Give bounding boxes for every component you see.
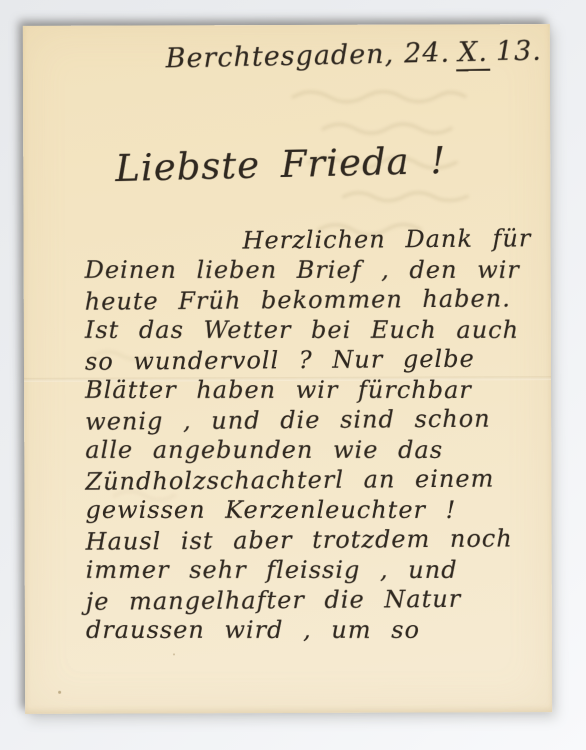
body-line: Hausl ist aber trotzdem noch <box>85 523 551 557</box>
body-line: heute Früh bekommen haben. <box>85 283 551 317</box>
body-line: Herzlichen Dank für <box>84 223 550 257</box>
body-line: Ist das Wetter bei Euch auch <box>85 315 551 345</box>
letter-body: Herzlichen Dank für Deinen lieben Brief … <box>84 224 551 646</box>
dateline-year: 13. <box>496 36 543 68</box>
body-line: wenig , und die sind schon <box>85 403 551 437</box>
letter-paper: Berchtesgaden,24.X.13. Liebste Frieda ! … <box>23 24 552 714</box>
body-line: so wundervoll ? Nur gelbe <box>85 343 551 377</box>
body-line: Zündholzschachterl an einem <box>85 463 551 497</box>
salutation: Liebste Frieda ! <box>115 139 447 190</box>
paper-speck <box>58 691 61 694</box>
body-line: gewissen Kerzenleuchter ! <box>85 495 551 525</box>
dateline-month-roman-numeral: X. <box>456 37 491 72</box>
paper-speck <box>173 653 175 655</box>
body-line: alle angebunden wie das <box>85 435 551 465</box>
body-line: Blätter haben wir fürchbar <box>85 375 551 405</box>
body-line: immer sehr fleissig , und <box>86 555 552 585</box>
dateline-day: 24. <box>404 38 451 70</box>
body-line: Deinen lieben Brief , den wir <box>85 255 551 285</box>
body-line: je mangelhafter die Natur <box>86 583 552 617</box>
letter-photo: Berchtesgaden,24.X.13. Liebste Frieda ! … <box>0 0 586 750</box>
dateline-place: Berchtesgaden, <box>165 39 394 75</box>
body-line: draussen wird , um so <box>86 615 552 645</box>
